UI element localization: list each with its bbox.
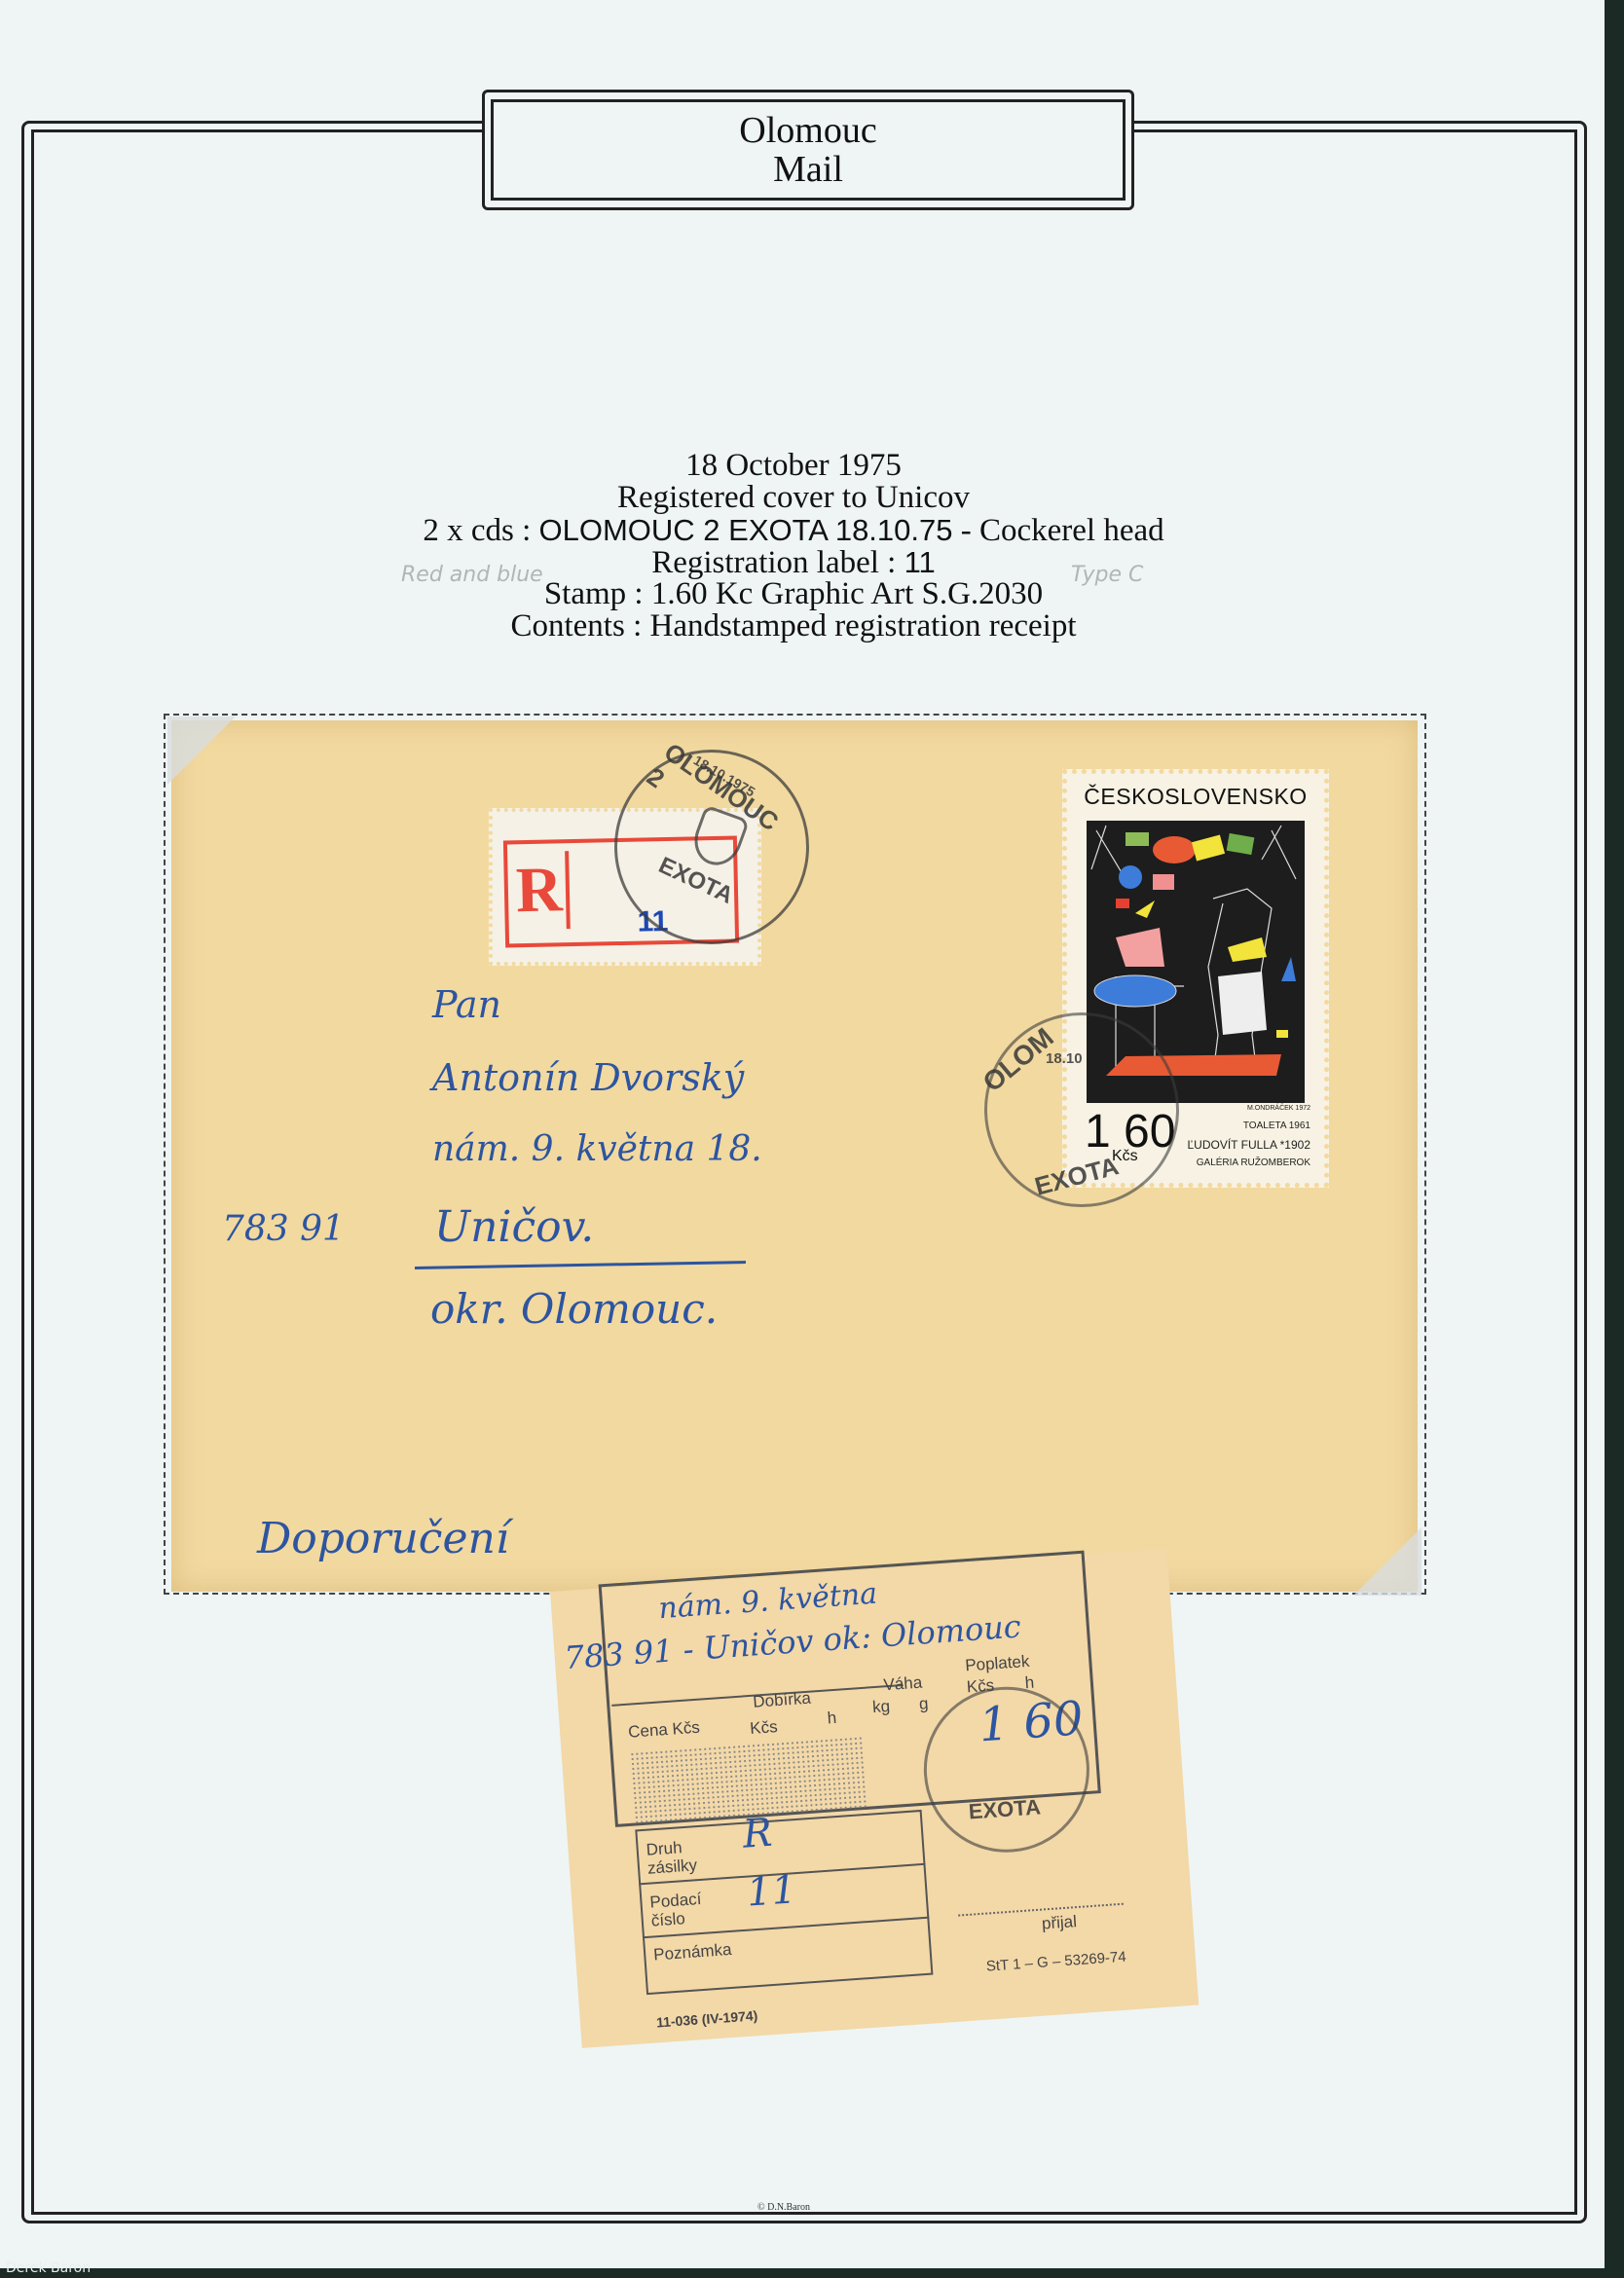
- receipt-podaci-value: 11: [745, 1867, 797, 1915]
- scan-edge-bottom: [0, 2268, 1624, 2278]
- address-name: Antonín Dvorský: [432, 1056, 744, 1099]
- receipt-druh-value: R: [741, 1811, 773, 1857]
- registration-receipt: nám. 9. května 783 91 - Uničov ok: Olomo…: [550, 1549, 1199, 2048]
- stamp-description: Stamp : 1.60 Kc Graphic Art S.G.2030: [195, 578, 1392, 610]
- stamp-caption-artist: ĽUDOVÍT FULLA *1902: [1187, 1138, 1310, 1152]
- copyright-credit: © D.N.Baron: [757, 2202, 810, 2213]
- pencil-note-left: Red and blue: [401, 563, 543, 587]
- scan-edge-right: [1605, 0, 1624, 2278]
- address-district: okr. Olomouc.: [430, 1285, 718, 1333]
- registration-letter: R: [515, 851, 570, 930]
- stamp-engraver: M.ONDRÁČEK 1972: [1247, 1105, 1310, 1112]
- address-underline: [415, 1261, 746, 1269]
- address-postcode: 783 91: [222, 1209, 345, 1249]
- label-prijal: přijal: [1041, 1912, 1077, 1932]
- page-title-box: Olomouc Mail: [482, 90, 1134, 210]
- form-number: 11-036 (IV-1974): [656, 2006, 758, 2032]
- label-druh: Druh zásilky: [646, 1835, 725, 1877]
- stamp-caption-gallery: GALÉRIA RUŽOMBEROK: [1197, 1157, 1310, 1168]
- pencil-note-right: Type C: [1071, 563, 1143, 587]
- mount-corner: [1353, 1527, 1421, 1596]
- address-salutation: Pan: [432, 983, 501, 1026]
- registered-endorsement: Doporučení: [257, 1514, 509, 1563]
- address-city: Uničov.: [434, 1202, 594, 1252]
- cover-type: Registered cover to Unicov: [195, 482, 1392, 514]
- label-vaha: Váha: [883, 1673, 923, 1695]
- postmark-top: OLOMOUC 2 18.10.1975 EXOTA: [614, 750, 809, 944]
- address-street: nám. 9. května 18.: [432, 1129, 762, 1169]
- registration-value: 11: [904, 545, 936, 579]
- stamp-country: ČESKOSLOVENSKO: [1079, 784, 1312, 810]
- cds-line: 2 x cds : OLOMOUC 2 EXOTA 18.10.75 - Coc…: [195, 514, 1392, 546]
- label-g: g: [918, 1694, 929, 1713]
- cds-value: OLOMOUC 2 EXOTA 18.10.75: [539, 513, 953, 547]
- label-kg: kg: [871, 1697, 890, 1716]
- postmark-bottom: OLOM 18.10 EXOTA: [984, 1012, 1179, 1207]
- page-subtitle: Mail: [773, 150, 843, 189]
- print-code: StT 1 – G – 53269-74: [985, 1948, 1126, 1976]
- mount-corner: [167, 716, 236, 785]
- photographer-watermark: Derek Baron: [6, 2260, 91, 2276]
- label-dobirka-kcs: Kčs: [750, 1717, 779, 1738]
- stamp-caption-title: TOALETA 1961: [1243, 1121, 1310, 1131]
- contents-description: Contents : Handstamped registration rece…: [195, 610, 1392, 643]
- envelope: R 11 OLOMOUC 2 18.10.1975 EXOTA ČESKOSLO…: [171, 720, 1418, 1592]
- registration-line: Registration label : 11: [195, 546, 1392, 578]
- cover-date: 18 October 1975: [195, 450, 1392, 482]
- label-dobirka-h: h: [827, 1708, 837, 1728]
- label-podaci: Podací číslo: [649, 1888, 729, 1929]
- cover-description: 18 October 1975 Registered cover to Unic…: [195, 450, 1392, 643]
- page-title: Olomouc: [739, 111, 876, 150]
